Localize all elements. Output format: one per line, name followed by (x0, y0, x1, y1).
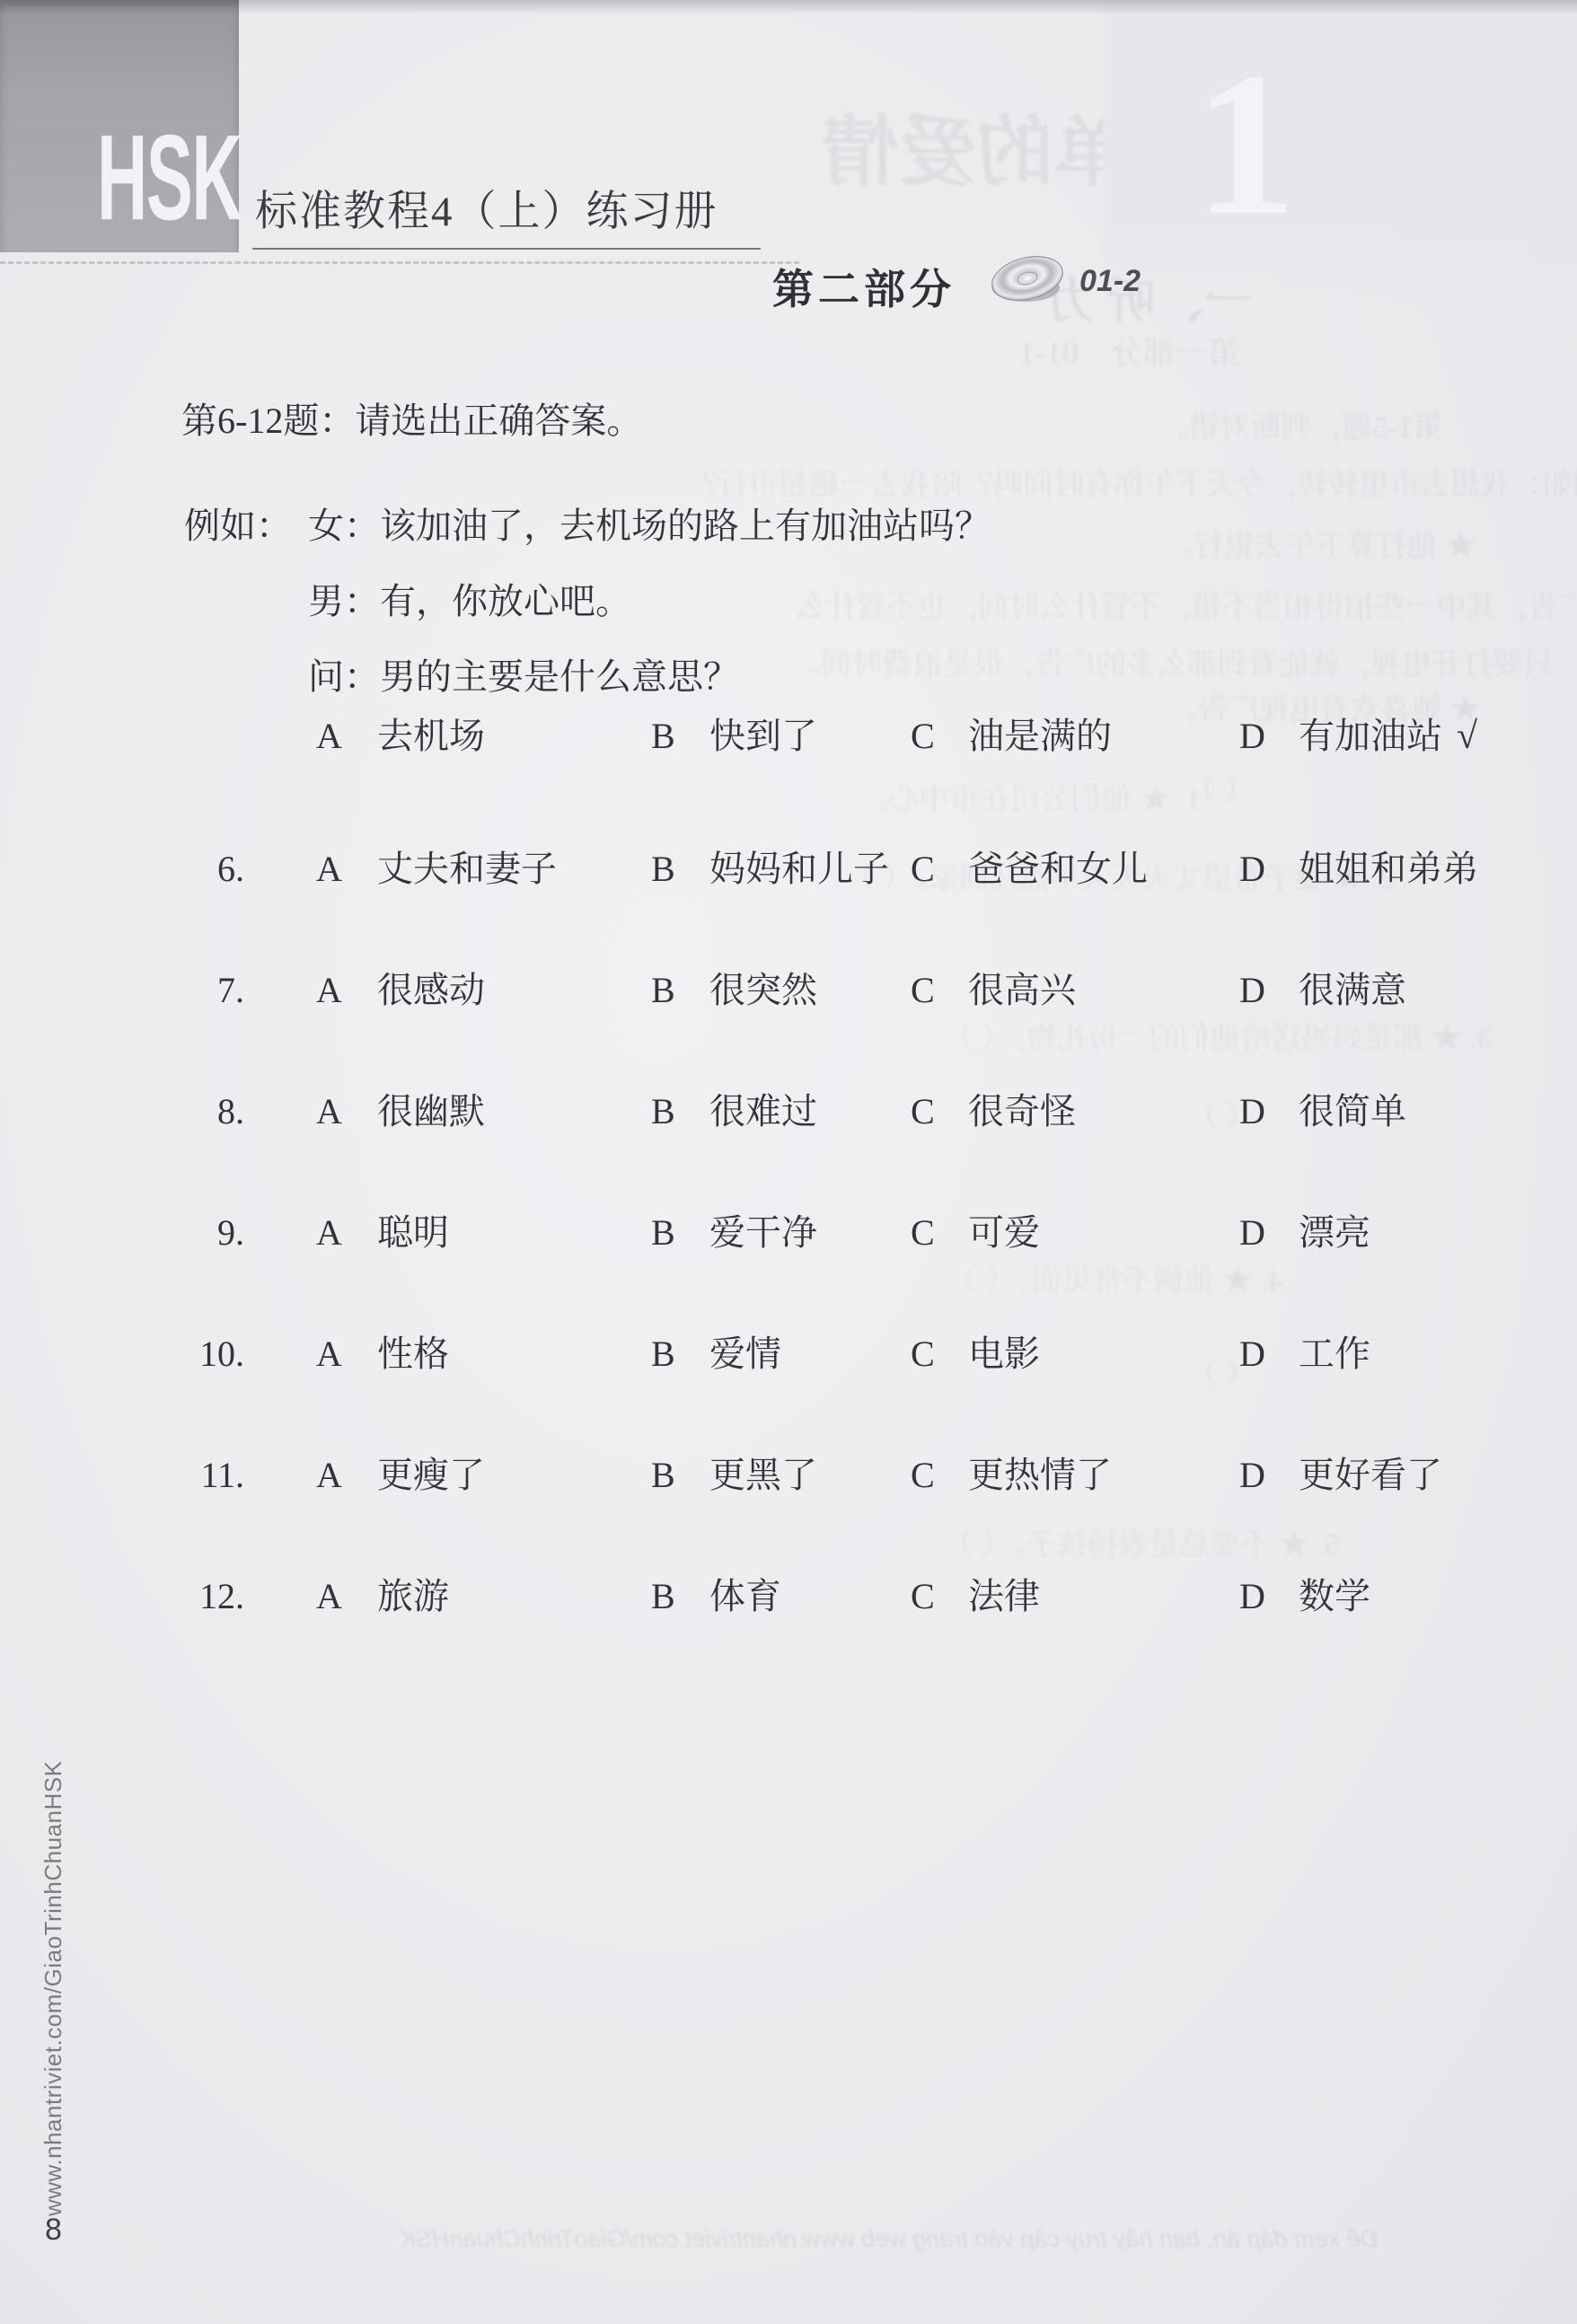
option-letter: B (651, 1085, 675, 1139)
unit-number: 1 (1194, 27, 1297, 262)
question-row: 12. A 旅游 B 体育 C 法律 D 数学 (0, 1570, 1577, 1624)
question-number: 6. (163, 842, 244, 896)
option-letter: A (316, 709, 342, 763)
option-letter: A (316, 1448, 342, 1502)
option-letter: C (911, 964, 935, 1017)
option-letter: A (316, 1327, 342, 1381)
option-letter: D (1239, 1327, 1265, 1381)
series-title: 标准教程4（上）练习册 (255, 178, 718, 238)
question-row: 7. A 很感动 B 很突然 C 很高兴 D 很满意 (0, 964, 1577, 1017)
option-text: 很幽默 (377, 1085, 485, 1139)
page-number: 8 (45, 2213, 62, 2248)
option-text: 油是满的 (968, 709, 1112, 763)
correct-answer-checkmark: √ (1457, 709, 1477, 763)
option-text: 可爱 (968, 1206, 1040, 1260)
option-letter: B (651, 1570, 675, 1624)
option-letter: D (1239, 1448, 1265, 1502)
option-text: 去机场 (377, 709, 485, 763)
question-number: 10. (163, 1327, 244, 1381)
option-letter: D (1239, 1085, 1265, 1139)
option-letter: B (651, 1327, 675, 1381)
option-text: 更热情了 (968, 1448, 1112, 1502)
option-letter: D (1239, 964, 1265, 1017)
option-text: 工作 (1299, 1327, 1370, 1381)
instruction-text: 第6-12题：请选出正确答案。 (181, 392, 642, 444)
option-letter: D (1239, 1570, 1265, 1624)
option-text: 很难过 (709, 1085, 817, 1139)
option-text: 体育 (709, 1570, 781, 1624)
hsk-logo: HSK (97, 110, 241, 249)
option-text: 很高兴 (968, 964, 1076, 1017)
audio-track-label: 01-2 (1079, 264, 1141, 299)
option-text: 有加油站 (1299, 709, 1442, 763)
option-letter: D (1239, 709, 1265, 763)
question-number: 12. (163, 1570, 244, 1624)
section-heading: 第二部分 (772, 257, 956, 316)
question-row: 6. A 丈夫和妻子 B 妈妈和儿子 C 爸爸和女儿 D 姐姐和弟弟 (0, 842, 1577, 896)
option-text: 妈妈和儿子 (709, 842, 889, 896)
option-letter: B (651, 709, 675, 763)
question-row: 8. A 很幽默 B 很难过 C 很奇怪 D 很简单 (0, 1085, 1577, 1139)
option-text: 爱情 (709, 1327, 781, 1381)
option-text: 爸爸和女儿 (968, 842, 1148, 896)
bleed-through-text: 1. ★ 他们公司在市中心。 (858, 774, 1202, 818)
bleed-through-text: 现在别小看电视广告，其中一些拍得相当不错，不管什么时间，也不管什么 (795, 582, 1577, 626)
option-letter: C (911, 1448, 935, 1502)
question-number: 11. (163, 1448, 244, 1502)
option-text: 很感动 (377, 964, 485, 1017)
bleed-through-text: 第1-5题，判断对错。 (1159, 402, 1443, 446)
question-row: 11. A 更瘦了 B 更黑了 C 更热情了 D 更好看了 (0, 1448, 1577, 1502)
option-letter: D (1239, 842, 1265, 896)
option-text: 很奇怪 (968, 1085, 1076, 1139)
bleed-through-text: 第一部分 01-1 (1019, 328, 1240, 374)
option-letter: C (911, 842, 935, 896)
option-text: 更瘦了 (377, 1448, 485, 1502)
option-letter: A (316, 842, 342, 896)
bleed-through-text: （ ） (1185, 765, 1255, 809)
option-text: 很突然 (709, 964, 817, 1017)
example-label: 例如： (184, 497, 292, 549)
question-number: 8. (163, 1085, 244, 1139)
option-letter: A (316, 1085, 342, 1139)
question-row: 10. A 性格 B 爱情 C 电影 D 工作 (0, 1327, 1577, 1381)
scan-edge-shadow (0, 0, 1577, 14)
option-text: 更黑了 (709, 1448, 817, 1502)
example-line-question: 问：男的主要是什么意思？ (308, 648, 739, 700)
scanned-workbook-page: 简单的爱情一、听 力第一部分 01-1第1-5题，判断对错。例如：我想去市里转转… (0, 0, 1577, 2324)
option-letter: C (911, 1206, 935, 1260)
option-letter: C (911, 1570, 935, 1624)
bleed-through-text: Để xem đáp án, bạn hãy truy cập vào tran… (400, 2225, 1378, 2253)
option-text: 爱干净 (709, 1206, 817, 1260)
unit-tab-band: 1 (1103, 0, 1577, 305)
cd-icon (986, 251, 1072, 313)
option-letter: A (316, 1206, 342, 1260)
example-line-woman: 女：该加油了，去机场的路上有加油站吗？ (308, 497, 991, 549)
option-letter: A (316, 1570, 342, 1624)
option-letter: C (911, 709, 935, 763)
option-text: 丈夫和妻子 (377, 842, 557, 896)
option-letter: C (911, 1327, 935, 1381)
example-options-row: A 去机场 B 快到了 C 油是满的 D 有加油站 √ (0, 709, 1577, 763)
option-text: 性格 (377, 1327, 449, 1381)
sidebar-url: www.nhantriviet.com/GiaoTrinhChuanHSK (40, 1761, 67, 2216)
option-text: 很满意 (1299, 964, 1406, 1017)
option-text: 更好看了 (1299, 1448, 1442, 1502)
option-text: 姐姐和弟弟 (1299, 842, 1478, 896)
question-row: 9. A 聪明 B 爱干净 C 可爱 D 漂亮 (0, 1206, 1577, 1260)
option-text: 很简单 (1299, 1085, 1406, 1139)
bleed-through-text: ★ 他打算下午去银行。 (1163, 521, 1476, 565)
option-text: 漂亮 (1299, 1206, 1370, 1260)
bleed-through-text: 3. ★ 那是妈妈送给他们的一份礼物。（ ） (943, 1013, 1493, 1057)
bleed-through-text: 5. ★ 不要总是表扬孩子。（ ） (943, 1519, 1340, 1563)
bleed-through-text: 节目，只要打开电视，就能看到那么多的广告，很是浪费时间。 (790, 639, 1577, 683)
option-letter: B (651, 964, 675, 1017)
header-rule (252, 248, 761, 250)
bleed-dashed-line (0, 261, 799, 264)
option-letter: B (651, 1448, 675, 1502)
option-letter: D (1239, 1206, 1265, 1260)
option-text: 电影 (968, 1327, 1040, 1381)
option-text: 聪明 (377, 1206, 449, 1260)
option-letter: C (911, 1085, 935, 1139)
option-letter: A (316, 964, 342, 1017)
option-text: 数学 (1299, 1570, 1370, 1624)
option-text: 快到了 (709, 709, 817, 763)
option-text: 法律 (968, 1570, 1040, 1624)
option-letter: B (651, 1206, 675, 1260)
question-number: 9. (163, 1206, 244, 1260)
option-text: 旅游 (377, 1570, 449, 1624)
question-number: 7. (163, 964, 244, 1017)
hsk-logo-box: HSK (0, 0, 239, 252)
option-letter: B (651, 842, 675, 896)
example-line-man: 男：有，你放心吧。 (308, 573, 631, 624)
bleed-through-text: 4. ★ 他俩不常见面。（ ） (947, 1255, 1283, 1299)
